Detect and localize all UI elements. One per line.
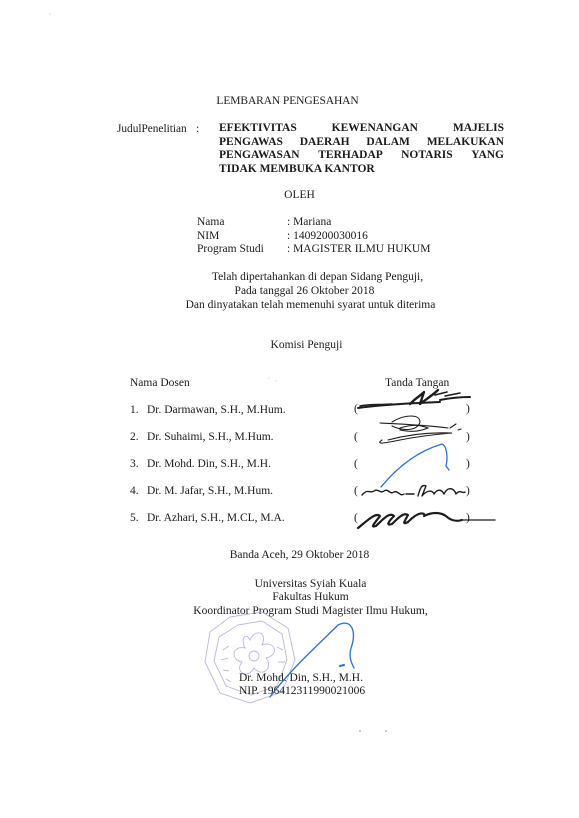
faculty-name: Fakultas Hukum (21, 591, 579, 603)
research-title-line: PENGAWASAN TERHADAP NOTARIS YANG (219, 149, 504, 163)
member-number: 4. (130, 485, 139, 497)
identity-label-nama: Nama (197, 216, 224, 228)
member-number: 1. (130, 404, 139, 416)
column-header-name: Nama Dosen (130, 377, 190, 389)
column-header-signature: Tanda Tangan (385, 377, 449, 389)
oleh-heading: OLEH (10, 189, 579, 201)
member-name: Dr. Suhaimi, S.H., M.Hum. (147, 431, 274, 443)
member-number: 5. (130, 512, 139, 524)
member-name: Dr. Azhari, S.H., M.CL, M.A. (147, 512, 285, 524)
place-date: Banda Aceh, 29 Oktober 2018 (10, 549, 579, 561)
committee-heading: Komisi Penguji (17, 339, 579, 351)
member-number: 3. (130, 458, 139, 470)
signer-name: Dr. Mohd. Din, S.H., M.H. (239, 672, 363, 684)
signature-paren-close: ) (466, 403, 470, 415)
signature-2 (380, 416, 461, 443)
signature-paren-open: ( (354, 485, 358, 497)
identity-label-nim: NIM (197, 230, 219, 242)
research-title-line: EFEKTIVITAS KEWENANGAN MAJELIS (219, 122, 504, 136)
member-number: 2. (130, 431, 139, 443)
statement-line-2: Pada tanggal 26 Oktober 2018 (15, 285, 579, 297)
member-name: Dr. M. Jafar, S.H., M.Hum. (147, 485, 273, 497)
signature-1 (358, 390, 470, 408)
identity-label-program: Program Studi (197, 243, 264, 255)
signer-nip: NIP. 196412311990021006 (239, 685, 365, 697)
signature-paren-open: ( (354, 431, 358, 443)
signature-paren-open: ( (354, 512, 358, 524)
judul-label: JudulPenelitian (117, 123, 187, 135)
research-title-line: TIDAK MEMBUKA KANTOR (219, 163, 504, 177)
university-name: Universitas Syiah Kuala (21, 578, 579, 590)
identity-value-program: : MAGISTER ILMU HUKUM (287, 243, 430, 255)
identity-value-nama: : Mariana (287, 216, 331, 228)
signature-3 (381, 444, 449, 487)
signature-4 (362, 485, 465, 496)
signature-paren-open: ( (354, 403, 358, 415)
page-title: LEMBARAN PENGESAHAN (0, 95, 577, 107)
statement-line-3: Dan dinyatakan telah memenuhi syarat unt… (21, 299, 579, 311)
member-name: Dr. Mohd. Din, S.H., M.H. (147, 458, 271, 470)
signature-paren-close: ) (466, 431, 470, 443)
statement-line-1: Telah dipertahankan di depan Sidang Peng… (28, 271, 579, 283)
signature-paren-open: ( (354, 458, 358, 470)
signature-paren-close: ) (466, 512, 470, 524)
identity-value-nim: : 1409200030016 (287, 230, 368, 242)
research-title: EFEKTIVITAS KEWENANGAN MAJELIS PENGAWAS … (219, 122, 504, 176)
research-title-line: PENGAWAS DAERAH DALAM MELAKUKAN (219, 136, 504, 150)
signature-paren-close: ) (466, 485, 470, 497)
member-name: Dr. Darmawan, S.H., M.Hum. (147, 404, 286, 416)
signature-paren-close: ) (466, 458, 470, 470)
coordinator-role: Koordinator Program Studi Magister Ilmu … (21, 605, 579, 617)
signature-5 (358, 513, 495, 528)
judul-colon: : (196, 123, 199, 135)
